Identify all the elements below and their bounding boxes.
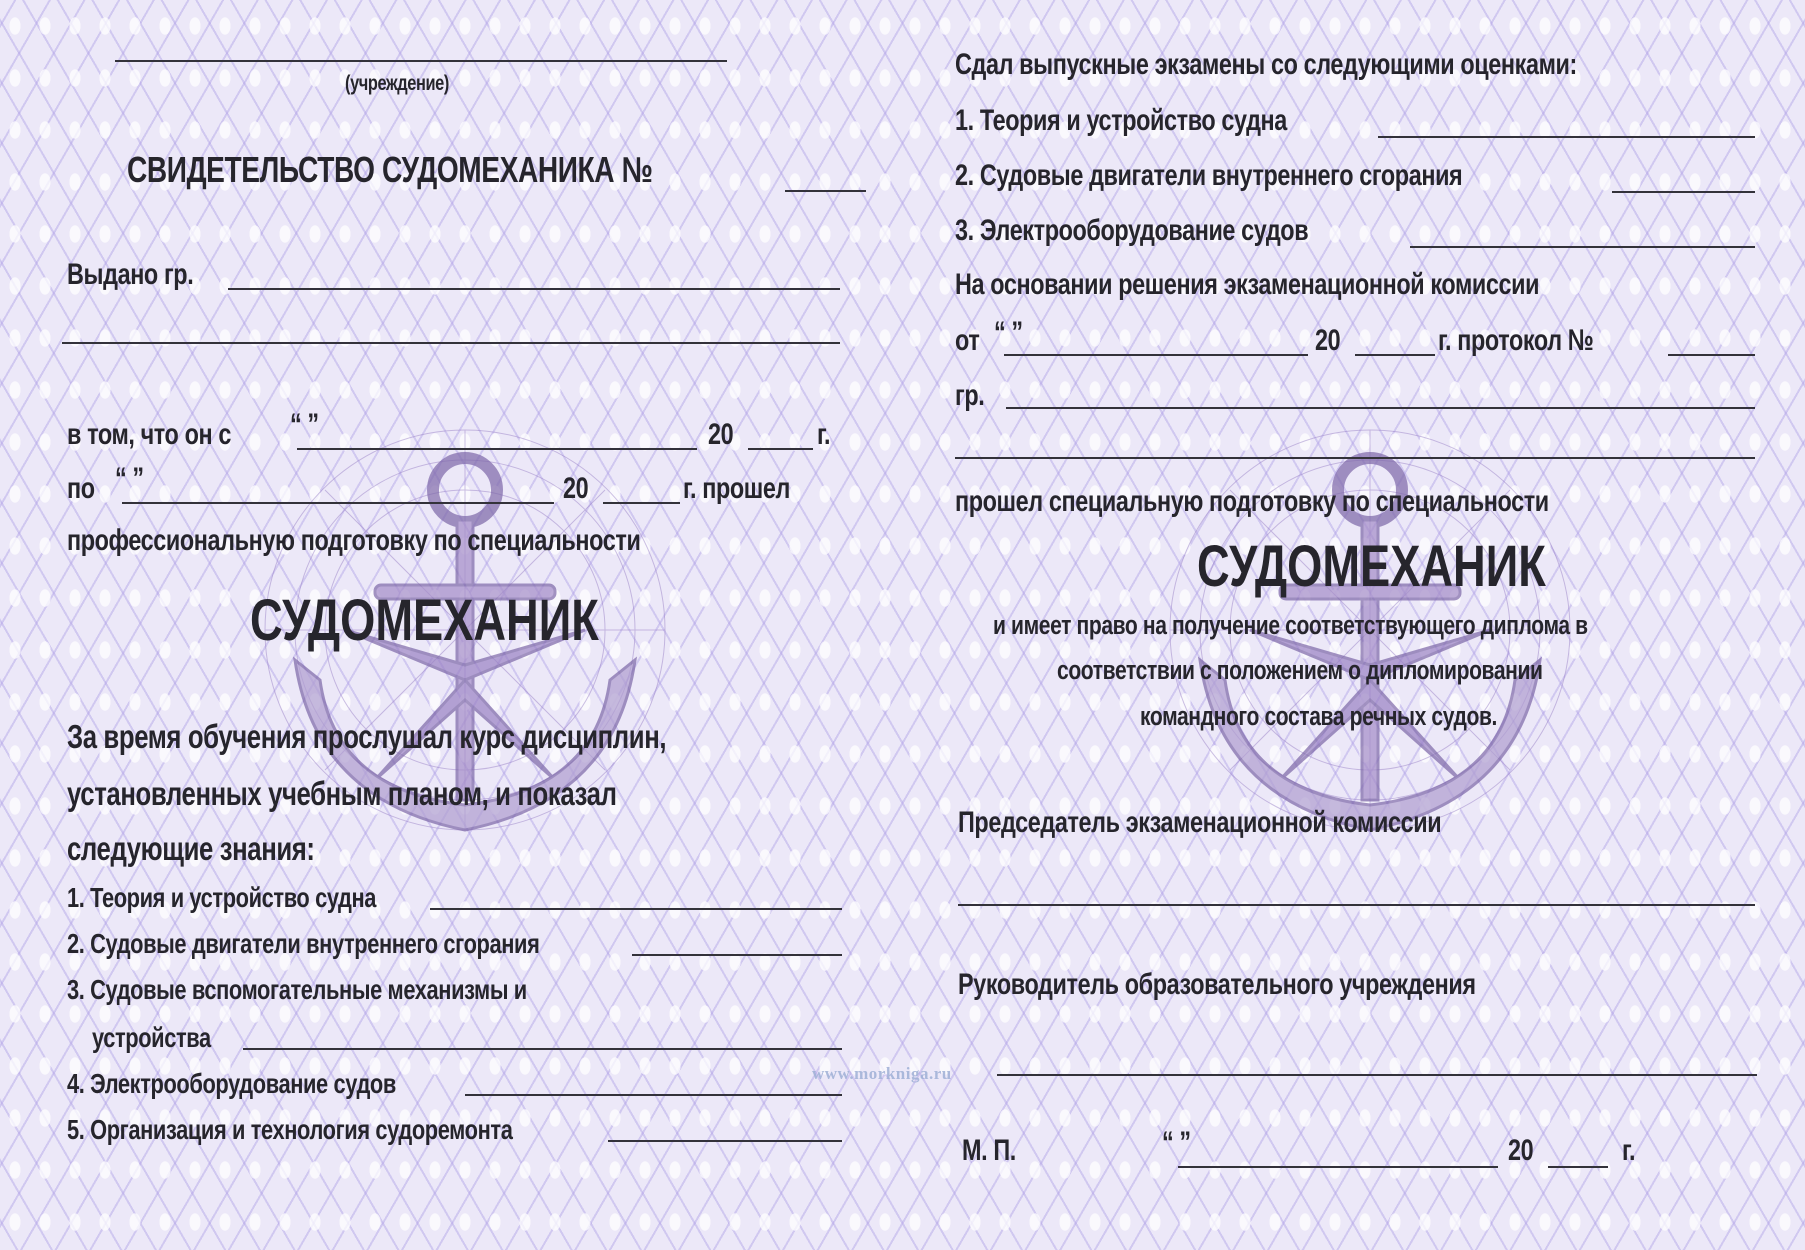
period-from-date-field[interactable] [297, 448, 697, 450]
specialty-heading-right: СУДОМЕХАНИК [1197, 538, 1546, 596]
period-from-quote: “ ” [290, 410, 319, 440]
subject-3-label-cont: устройства [92, 1024, 211, 1052]
course-text-3: следующие знания: [67, 832, 315, 865]
date-year-prefix: 20 [1508, 1136, 1533, 1166]
chairman-signature-field[interactable] [958, 904, 1755, 906]
period-from-year-suffix: г. [817, 420, 830, 450]
decision-year-prefix: 20 [1315, 326, 1340, 356]
citizen-name-field[interactable] [1006, 407, 1755, 409]
citizen-name-field-2[interactable] [955, 457, 1755, 459]
rights-text-1: и имеет право на получение соответствующ… [993, 612, 1588, 639]
date-year-suffix: г. [1622, 1136, 1635, 1166]
period-from-year-field[interactable] [748, 448, 813, 450]
decision-quote: “ ” [994, 318, 1023, 348]
subject-2-label: 2. Судовые двигатели внутреннего сгорани… [67, 930, 539, 958]
period-to-label: по [67, 474, 95, 504]
issued-to-field[interactable] [228, 288, 840, 290]
subject-3-grade-field[interactable] [243, 1048, 842, 1050]
date-quote: “ ” [1162, 1128, 1191, 1158]
seal-label: М. П. [962, 1136, 1016, 1166]
signing-date-field[interactable] [1178, 1166, 1498, 1168]
subject-5-label: 5. Организация и технология судоремонта [67, 1116, 512, 1144]
period-from-label: в том, что он с [67, 420, 231, 450]
certificate-title: СВИДЕТЕЛЬСТВО СУДОМЕХАНИКА № [127, 152, 652, 188]
decision-year-field[interactable] [1355, 354, 1435, 356]
subject-2-grade-field[interactable] [632, 954, 842, 956]
subject-5-grade-field[interactable] [608, 1140, 842, 1142]
course-text-1: За время обучения прослушал курс дисципл… [67, 720, 666, 753]
period-to-suffix: г. прошел [683, 474, 790, 504]
decision-date-field[interactable] [1004, 354, 1308, 356]
director-label: Руководитель образовательного учреждения [958, 970, 1476, 1000]
institution-caption: (учреждение) [345, 73, 449, 94]
exam-2-label: 2. Судовые двигатели внутреннего сгорани… [955, 161, 1462, 191]
issued-to-label: Выдано гр. [67, 260, 193, 290]
period-to-year-field[interactable] [603, 502, 680, 504]
subject-4-grade-field[interactable] [465, 1094, 842, 1096]
exam-1-label: 1. Теория и устройство судна [955, 106, 1287, 136]
decision-protocol-label: г. протокол № [1438, 326, 1593, 356]
issued-to-field-2[interactable] [62, 342, 840, 344]
watermark: www.morkniga.ru [812, 1064, 952, 1084]
chairman-label: Председатель экзаменационной комиссии [958, 808, 1441, 838]
exam-1-grade-field[interactable] [1378, 136, 1755, 138]
decision-text: На основании решения экзаменационной ком… [955, 270, 1539, 300]
subject-1-label: 1. Теория и устройство судна [67, 884, 376, 912]
exam-2-grade-field[interactable] [1612, 191, 1755, 193]
specialty-heading-left: СУДОМЕХАНИК [250, 592, 599, 650]
citizen-label: гр. [955, 381, 984, 411]
protocol-number-field[interactable] [1668, 354, 1755, 356]
period-to-quote: “ ” [115, 464, 144, 494]
period-from-year-prefix: 20 [708, 420, 733, 450]
period-to-date-field[interactable] [122, 502, 554, 504]
rights-text-2: соответствии с положением о дипломирован… [1057, 657, 1543, 684]
institution-line[interactable] [115, 60, 727, 62]
exams-heading: Сдал выпускные экзамены со следующими оц… [955, 50, 1577, 80]
decision-from-label: от [955, 326, 979, 356]
director-signature-field[interactable] [997, 1074, 1757, 1076]
period-to-year-prefix: 20 [563, 474, 588, 504]
subject-4-label: 4. Электрооборудование судов [67, 1070, 396, 1098]
exam-3-label: 3. Электрооборудование судов [955, 216, 1308, 246]
training-text: профессиональную подготовку по специальн… [67, 526, 640, 556]
signing-year-field[interactable] [1548, 1166, 1608, 1168]
rights-text-3: командного состава речных судов. [1140, 703, 1497, 730]
certificate-number-field[interactable] [785, 190, 866, 192]
exam-3-grade-field[interactable] [1410, 246, 1755, 248]
course-text-2: установленных учебным планом, и показал [67, 777, 617, 810]
subject-3-label: 3. Судовые вспомогательные механизмы и [67, 976, 527, 1004]
subject-1-grade-field[interactable] [430, 908, 842, 910]
passed-text: прошел специальную подготовку по специал… [955, 487, 1549, 517]
